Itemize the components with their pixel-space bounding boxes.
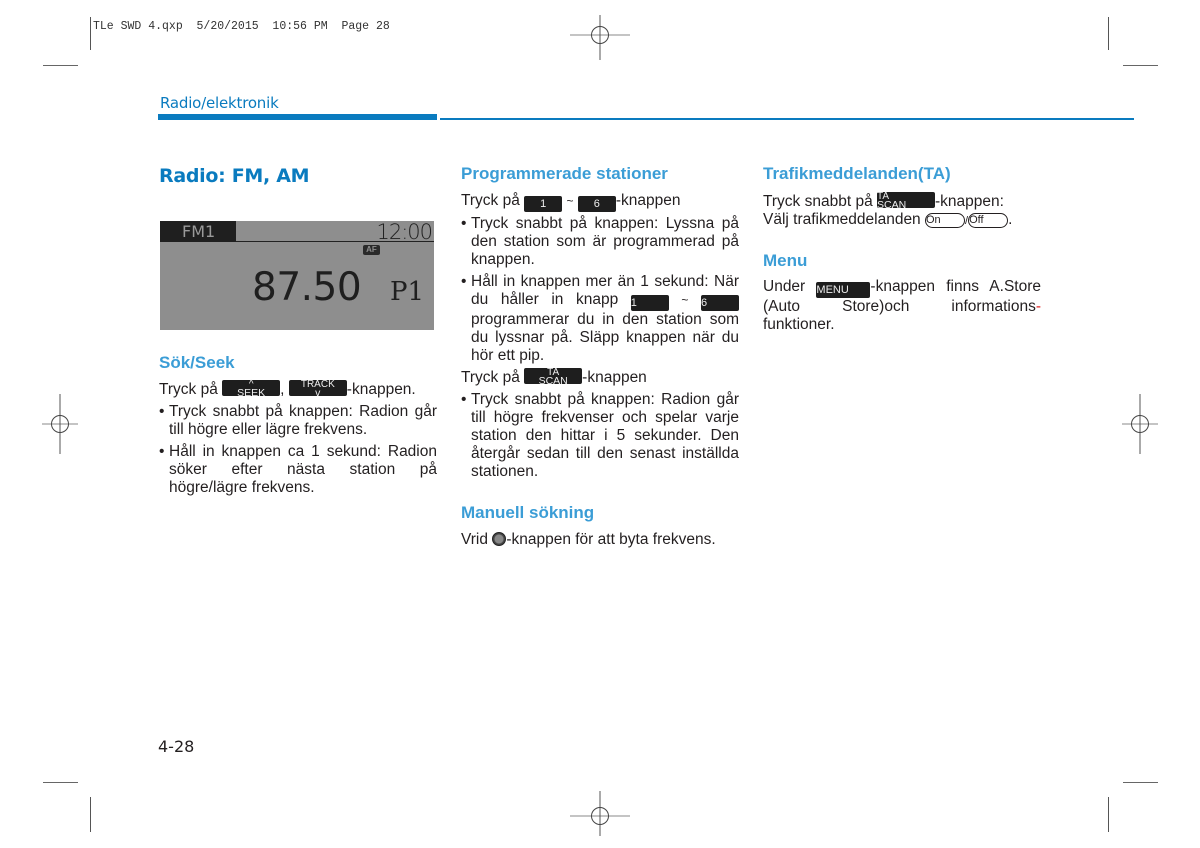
registration-mark-icon [1110,394,1170,454]
seek-intro: Tryck på ^SEEK, TRACKv-knappen. [159,380,437,399]
crop-mark [43,782,78,783]
preset: P1 [390,277,424,307]
header-rule-thin [440,118,1134,120]
text: , [280,381,284,398]
crop-mark [1108,17,1109,50]
manual-text: Vrid -knappen för att byta frekvens. [461,531,739,549]
preset-6-key: 6 [578,196,616,212]
preset-1-key: 1 [524,196,562,212]
registration-mark-icon [30,394,90,454]
seek-heading: Sök/Seek [159,353,235,373]
presets-bullets: Tryck snabbt på knappen: Lyssna på den s… [461,215,739,365]
ta-scan-key: TASCAN [524,368,582,384]
band-label: FM1 [182,222,215,241]
text: Tryck på [159,381,218,398]
menu-heading: Menu [763,251,807,271]
page-number: 4-28 [158,737,194,756]
list-item: Tryck snabbt på knappen: Radion går till… [159,403,437,439]
ta-text: Tryck snabbt på TASCAN-knappen: Välj tra… [763,192,1041,230]
crop-mark [43,65,78,66]
registration-mark-icon [570,786,630,846]
crop-mark [1108,797,1109,832]
ta-scan-key: TASCAN [877,192,935,208]
registration-mark-icon [570,5,630,65]
band-indicator: FM1 [160,221,236,242]
scan-intro: Tryck på TASCAN-knappen [461,368,739,387]
seek-key: ^SEEK [222,380,280,396]
text: -knappen. [347,381,416,398]
tune-knob-icon [492,532,506,546]
presets-intro: Tryck på 1 ~ 6-knappen [461,192,739,212]
menu-key: MENU [816,282,870,298]
on-option: On [925,213,965,228]
preset-6-key: 6 [701,295,739,311]
off-option: Off [968,213,1008,228]
list-item: Tryck snabbt på knappen: Radion går till… [461,391,739,481]
list-item: Tryck snabbt på knappen: Lyssna på den s… [461,215,739,269]
print-slug: TLe SWD 4.qxp 5/20/2015 10:56 PM Page 28 [93,20,390,33]
clock: 12:00 [376,220,432,244]
preset-1-key: 1 [631,295,669,311]
radio-display: FM1 12:00 AF 87.50 P1 [160,221,434,330]
section-label: Radio/elektronik [160,94,279,112]
seek-bullets: Tryck snabbt på knappen: Radion går till… [159,403,437,497]
crop-mark [90,17,91,50]
crop-mark [1123,782,1158,783]
manual-heading: Manuell sökning [461,503,594,523]
af-badge: AF [363,245,380,255]
list-item: Håll in knappen mer än 1 sekund: När du … [461,273,739,365]
frequency: 87.50 [252,265,361,310]
list-item: Håll in knappen ca 1 sekund: Radion söke… [159,443,437,497]
presets-heading: Programmerade stationer [461,164,668,184]
crop-mark [1123,65,1158,66]
scan-bullets: Tryck snabbt på knappen: Radion går till… [461,391,739,481]
track-key: TRACKv [289,380,347,396]
ta-heading: Trafikmeddelanden(TA) [763,164,951,184]
page-title: Radio: FM, AM [159,165,309,187]
header-rule [158,114,437,120]
crop-mark [90,797,91,832]
menu-text: Under MENU-knappen finns A.Store (Auto S… [763,278,1041,334]
